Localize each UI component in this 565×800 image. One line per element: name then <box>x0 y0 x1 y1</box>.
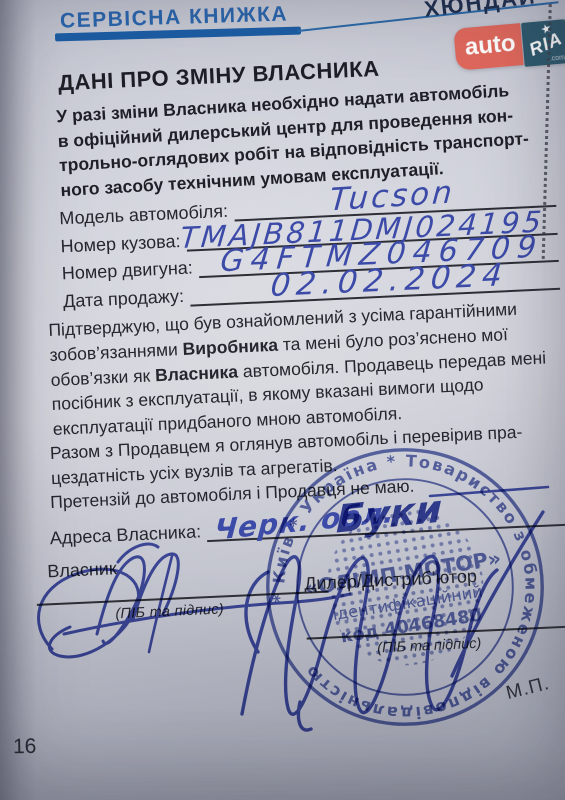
service-book-photo: СЕРВІСНА КНИЖКА ХЮНДАЙ auto ★ RIA .com Д… <box>0 0 565 800</box>
owner-term: Власника <box>155 361 239 385</box>
page-gutter-shadow <box>0 0 36 800</box>
field-engine-label: Номер двигуна: <box>61 257 193 284</box>
ria-domain-text: .com <box>549 54 565 62</box>
page-number: 16 <box>13 735 37 759</box>
owner-label: Власник <box>47 558 117 582</box>
manufacturer-term: Виробника <box>182 334 278 358</box>
intro-paragraph: У разі зміни Власника необхідно надати а… <box>56 77 531 202</box>
confirmation-paragraph: Підтверджую, що був ознайомлений з усіма… <box>48 295 559 442</box>
dealer-round-stamp: * Київ * Україна * Товариство з обмежено… <box>237 419 565 755</box>
owner-signature-caption: (ПІБ та підпис) <box>115 601 224 622</box>
owner-address-label: Адреса Власника: <box>49 521 201 549</box>
field-vin-label: Номер кузова: <box>60 230 181 256</box>
field-sale-date-label: Дата продажу: <box>63 285 185 311</box>
